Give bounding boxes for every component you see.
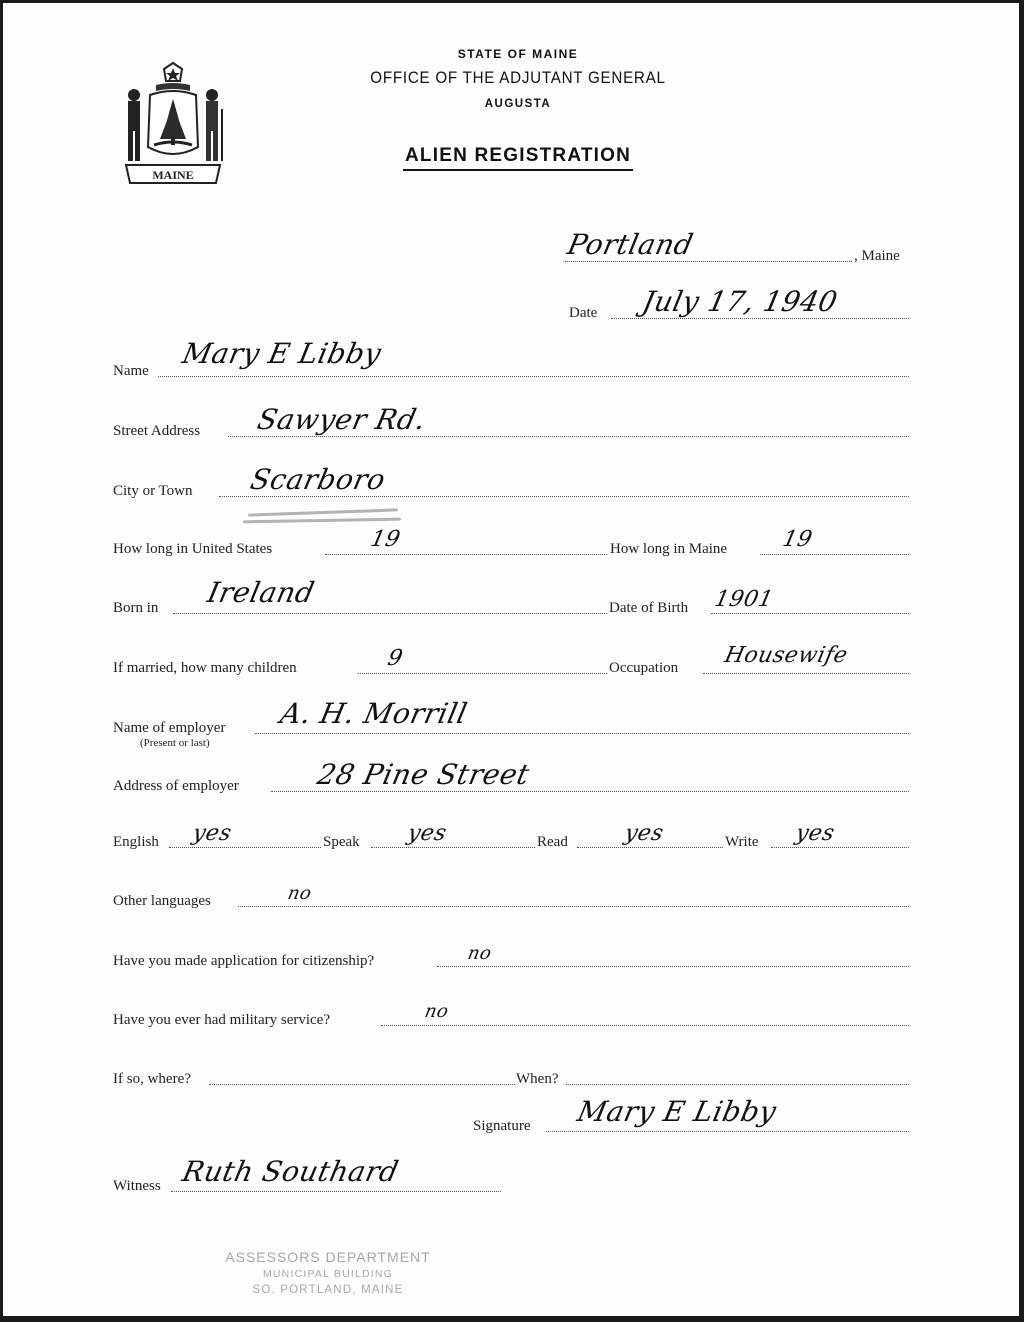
english-value: yes (190, 821, 234, 846)
header-office: OFFICE OF THE ADJUTANT GENERAL (320, 69, 716, 88)
header-city: AUGUSTA (303, 98, 733, 110)
employer-name-value: A. H. Morrill (277, 697, 470, 730)
signature-value: Mary E Libby (574, 1095, 779, 1128)
other-languages-value: no (286, 883, 314, 904)
read-value: yes (622, 821, 666, 846)
how-long-us-value: 19 (368, 527, 402, 552)
header-state: STATE OF MAINE (303, 47, 733, 61)
maine-state-seal-icon: MAINE (118, 61, 228, 186)
name-value: Mary E Libby (179, 337, 384, 370)
children-value: 9 (385, 646, 405, 671)
employer-address-value: 28 Pine Street (314, 758, 532, 791)
street-address-value: Sawyer Rd. (254, 403, 428, 436)
svg-text:MAINE: MAINE (152, 168, 193, 182)
citizenship-value: no (466, 943, 494, 964)
speak-value: yes (405, 821, 449, 846)
registration-form-page: MAINE STATE OF MAINE OFFICE OF THE ADJUT… (3, 3, 1019, 1316)
write-value: yes (793, 821, 837, 846)
location-suffix: , Maine (854, 248, 900, 265)
date-label: Date (569, 305, 597, 322)
date-of-birth-value: 1901 (712, 587, 775, 612)
occupation-value: Housewife (722, 643, 850, 668)
born-in-value: Ireland (204, 576, 317, 609)
how-long-maine-value: 19 (780, 527, 814, 552)
form-title: ALIEN REGISTRATION (303, 145, 733, 167)
city-value: Scarboro (247, 463, 388, 496)
witness-value: Ruth Southard (179, 1155, 401, 1188)
location-value: Portland (564, 228, 696, 261)
military-service-value: no (423, 1001, 451, 1022)
date-value: July 17, 1940 (639, 285, 840, 318)
employer-sublabel: (Present or last) (140, 737, 210, 749)
